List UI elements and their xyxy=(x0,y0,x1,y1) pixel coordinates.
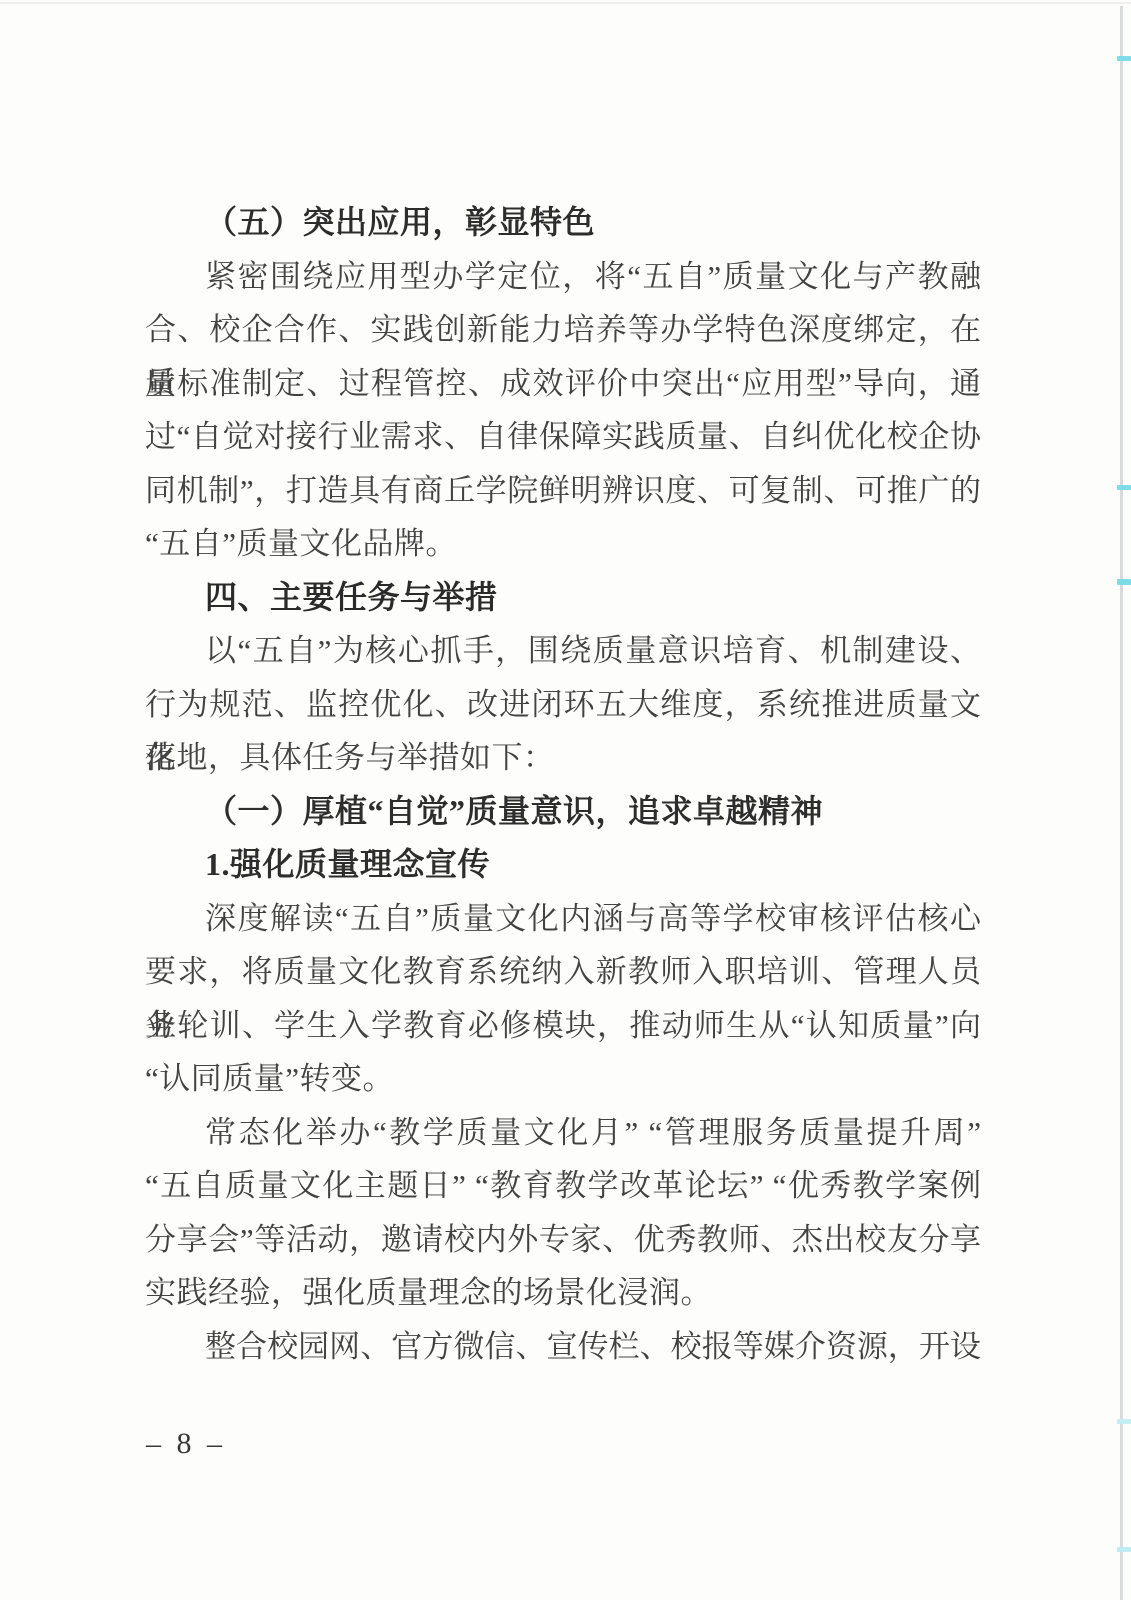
text-line: 要求，将质量文化教育系统纳入新教师入职培训、管理人员业 xyxy=(145,945,981,999)
section-heading-4-main: 四、主要任务与举措 xyxy=(145,571,981,625)
text-line: 分享会”等活动，邀请校内外专家、优秀教师、杰出校友分享 xyxy=(145,1213,981,1267)
text-line: 量标准制定、过程管控、成效评价中突出“应用型”导向，通 xyxy=(145,357,981,411)
scan-cyan-mark xyxy=(1117,1419,1131,1424)
text-line: 合、校企合作、实践创新能力培养等办学特色深度绑定，在质 xyxy=(145,303,981,357)
section-heading-1: （一）厚植“自觉”质量意识，追求卓越精神 xyxy=(145,785,981,839)
text-line: 深度解读“五自”质量文化内涵与高等学校审核评估核心 xyxy=(145,892,981,946)
scanned-document-page: （五）突出应用，彰显特色 紧密围绕应用型办学定位，将“五自”质量文化与产教融 合… xyxy=(0,0,1131,1600)
text-line: 以“五自”为核心抓手，围绕质量意识培育、机制建设、 xyxy=(145,624,981,678)
scan-cyan-mark xyxy=(1117,485,1131,490)
scan-right-edge-line xyxy=(1120,6,1123,1600)
text-line: 落地，具体任务与举措如下： xyxy=(145,731,981,785)
text-line: 过“自觉对接行业需求、自律保障实践质量、自纠优化校企协 xyxy=(145,410,981,464)
text-line: 务轮训、学生入学教育必修模块，推动师生从“认知质量”向 xyxy=(145,999,981,1053)
text-line: 紧密围绕应用型办学定位，将“五自”质量文化与产教融 xyxy=(145,250,981,304)
page-number: – 8 – xyxy=(146,1424,223,1464)
scan-top-edge-artifact xyxy=(0,2,1131,4)
text-line: 实践经验，强化质量理念的场景化浸润。 xyxy=(145,1266,981,1320)
text-line: 常态化举办“教学质量文化月” “管理服务质量提升周” xyxy=(145,1106,981,1160)
text-line: “五自质量文化主题日” “教育教学改革论坛” “优秀教学案例 xyxy=(145,1159,981,1213)
document-body: （五）突出应用，彰显特色 紧密围绕应用型办学定位，将“五自”质量文化与产教融 合… xyxy=(145,196,981,1373)
text-line: 同机制”，打造具有商丘学院鲜明辨识度、可复制、可推广的 xyxy=(145,464,981,518)
text-line: 行为规范、监控优化、改进闭环五大维度，系统推进质量文化 xyxy=(145,678,981,732)
text-line: 整合校园网、官方微信、宣传栏、校报等媒介资源，开设 xyxy=(145,1320,981,1374)
text-line: “五自”质量文化品牌。 xyxy=(145,517,981,571)
sub-heading-1: 1.强化质量理念宣传 xyxy=(145,838,981,892)
scan-cyan-mark xyxy=(1117,56,1131,61)
text-line: “认同质量”转变。 xyxy=(145,1052,981,1106)
scan-cyan-mark xyxy=(1117,1547,1131,1552)
section-heading-5: （五）突出应用，彰显特色 xyxy=(145,196,981,250)
scan-cyan-mark xyxy=(1117,579,1131,585)
